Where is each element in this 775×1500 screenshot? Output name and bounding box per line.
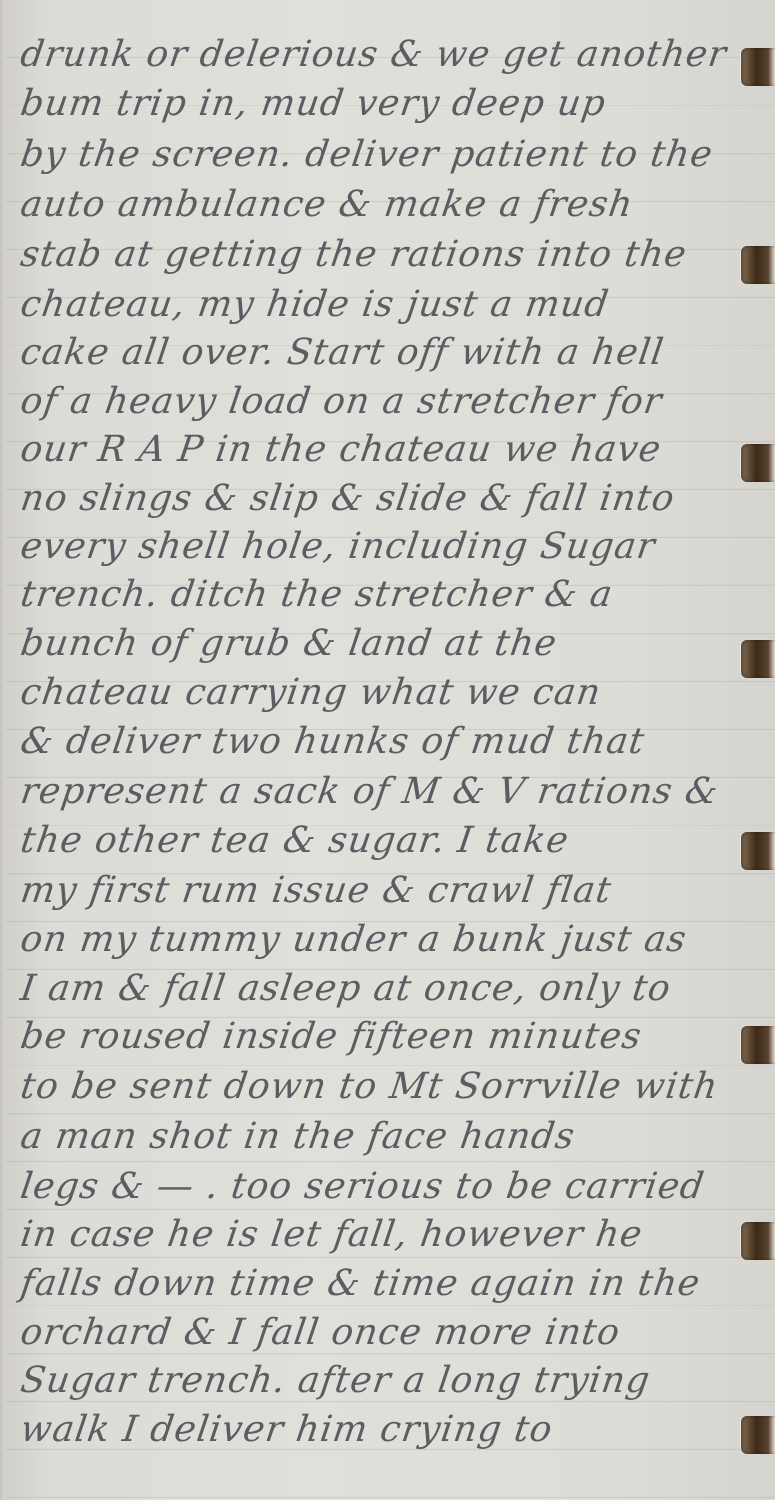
text-line: & deliver two hunks of mud that xyxy=(18,721,647,762)
text-line: the other tea & sugar. I take xyxy=(18,820,572,861)
text-line: walk I deliver him crying to xyxy=(18,1409,555,1450)
text-line: our R A P in the chateau we have xyxy=(18,429,664,470)
text-line: represent a sack of M & V rations & xyxy=(18,771,721,812)
binding-hole-icon xyxy=(741,1222,775,1260)
text-line: to be sent down to Mt Sorrville with xyxy=(18,1066,721,1107)
text-line: I am & fall asleep at once, only to xyxy=(18,968,674,1009)
text-line: auto ambulance & make a fresh xyxy=(18,184,636,225)
text-line: on my tummy under a bunk just as xyxy=(18,919,689,960)
text-line: bunch of grub & land at the xyxy=(18,623,560,664)
text-line: chateau carrying what we can xyxy=(18,672,604,713)
text-line: legs & — . too serious to be carried xyxy=(18,1166,707,1207)
text-line: falls down time & time again in the xyxy=(18,1263,703,1304)
text-line: drunk or delerious & we get another xyxy=(18,34,729,75)
binding-hole-icon xyxy=(741,640,775,678)
text-line: trench. ditch the stretcher & a xyxy=(18,574,616,615)
text-line: every shell hole, including Sugar xyxy=(18,526,658,567)
text-line: stab at getting the rations into the xyxy=(18,234,690,275)
binding-hole-icon xyxy=(741,832,775,870)
page-left-edge xyxy=(0,0,6,1500)
text-line: Sugar trench. after a long trying xyxy=(18,1360,653,1401)
binding-hole-icon xyxy=(741,48,775,86)
text-line: orchard & I fall once more into xyxy=(18,1312,623,1353)
binding-hole-icon xyxy=(741,1026,775,1064)
binding-hole-icon xyxy=(741,1416,775,1454)
text-line: a man shot in the face hands xyxy=(18,1116,578,1157)
text-line: in case he is let fall, however he xyxy=(18,1214,645,1255)
text-line: of a heavy load on a stretcher for xyxy=(18,381,665,422)
binding-hole-icon xyxy=(741,246,775,284)
text-line: by the screen. deliver patient to the xyxy=(18,134,716,175)
text-line: chateau, my hide is just a mud xyxy=(18,284,612,325)
text-line: no slings & slip & slide & fall into xyxy=(18,478,678,519)
text-line: be roused inside fifteen minutes xyxy=(18,1016,645,1057)
text-line: bum trip in, mud very deep up xyxy=(18,83,609,124)
text-line: cake all over. Start off with a hell xyxy=(18,332,667,373)
text-line: my first rum issue & crawl flat xyxy=(18,870,614,911)
notebook-page: drunk or delerious & we get anotherbum t… xyxy=(0,0,775,1500)
binding-hole-icon xyxy=(741,444,775,482)
